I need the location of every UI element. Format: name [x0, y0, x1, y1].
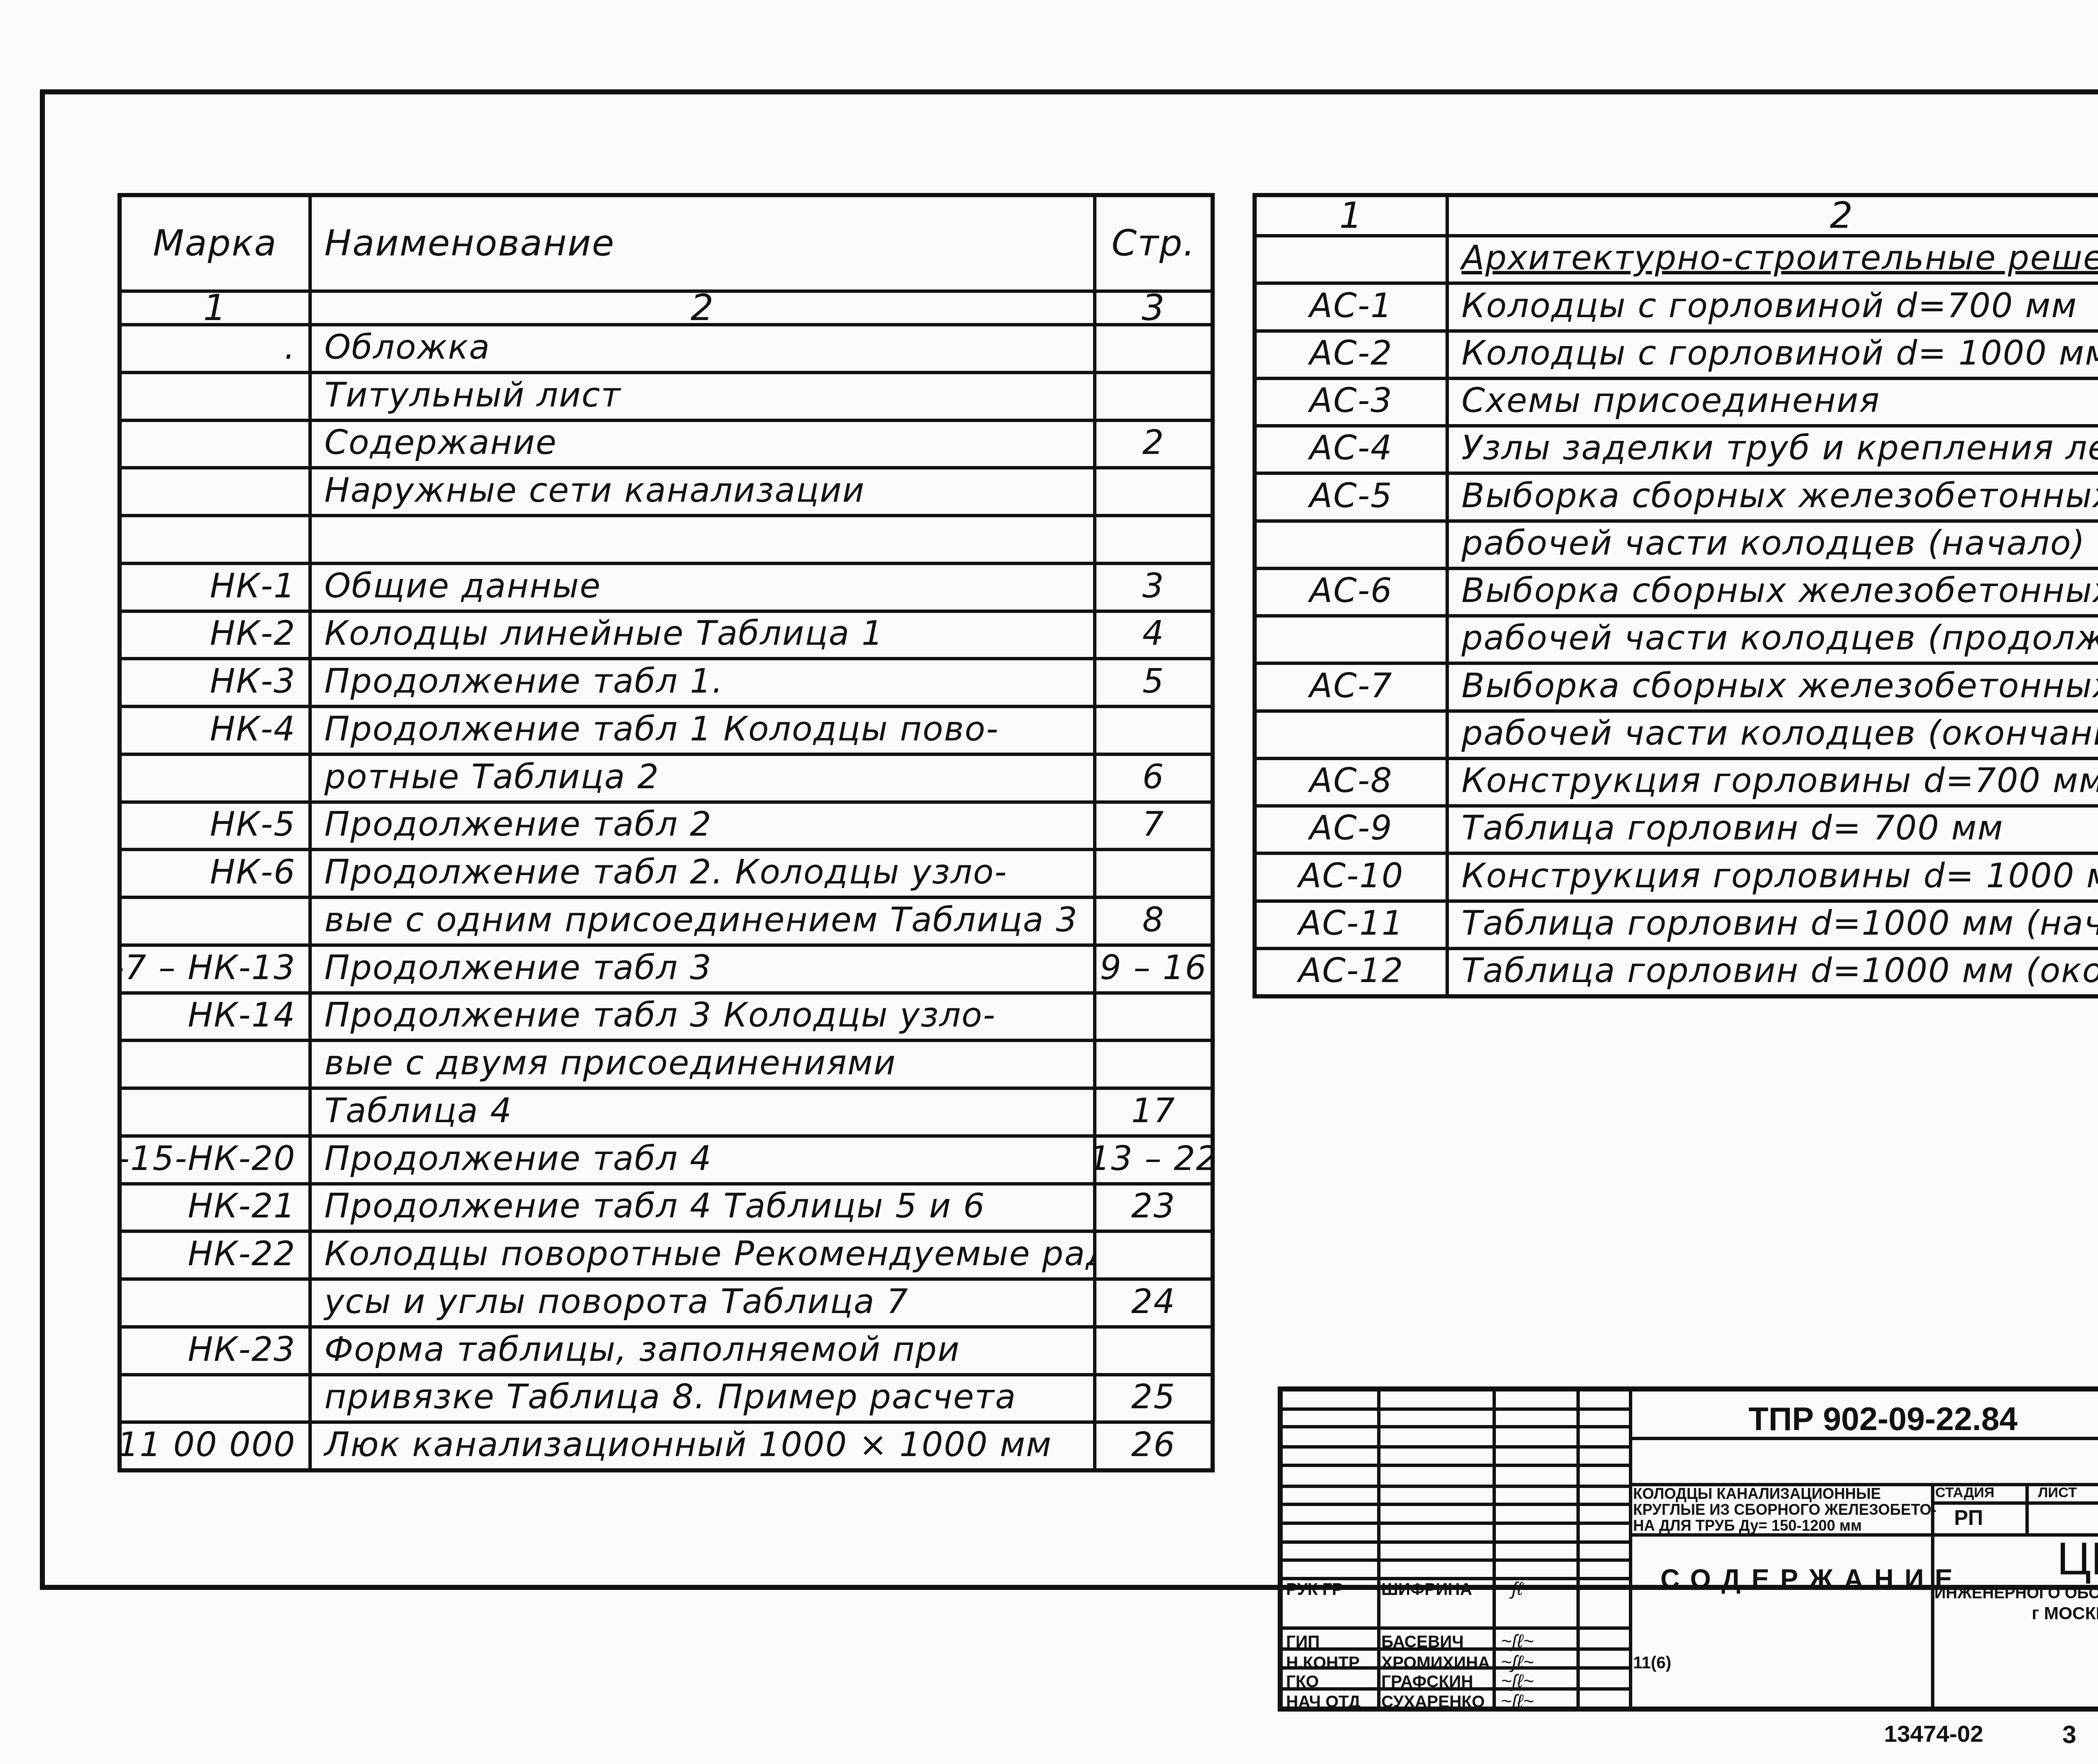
cell-name: Выборка сборных железобетонных элементов: [1449, 665, 2098, 709]
cell-mark: АС-3: [1257, 380, 1446, 424]
cell-mark: АС-11: [1257, 903, 1446, 947]
cell-mark: 3311 00 000: [122, 1424, 308, 1468]
cell-page: [1096, 851, 1211, 896]
table-row: НК-23Форма таблицы, заполняемой при: [122, 1325, 1211, 1373]
cell-mark: [122, 374, 308, 419]
organization-name: ЦНИИЭП: [2057, 1532, 2098, 1585]
sheet-label: ЛИСТ: [2038, 1485, 2077, 1501]
cell-name: рабочей части колодцев (продолжение): [1449, 618, 2098, 662]
cell-name: Продолжение табл 2. Колодцы узло-: [312, 851, 1093, 896]
cell-page: [1096, 469, 1211, 514]
table-header-row: МаркаНаименованиеСтр.: [122, 197, 1211, 289]
cell-mark: НК-6: [122, 851, 308, 896]
signature-name: СУХАРЕНКО: [1381, 1693, 1485, 1712]
table-row: НК-1Общие данные3: [122, 562, 1211, 610]
cell-mark: [1257, 237, 1446, 281]
cell-page: 13 – 22: [1096, 1138, 1211, 1182]
table-row: 3311 00 000Люк канализационный 1000 × 10…: [122, 1420, 1211, 1468]
table-row: Таблица 417: [122, 1087, 1211, 1134]
cell-mark: АС-4: [1257, 427, 1446, 472]
cell-name: Выборка сборных железобетонных элементов: [1449, 570, 2098, 614]
table-row: рабочей части колодцев (окончание)33: [1257, 709, 2098, 757]
table-row: АС-6Выборка сборных железобетонных элеме…: [1257, 567, 2098, 614]
table-row: НК-6Продолжение табл 2. Колодцы узло-: [122, 848, 1211, 896]
cell-mark: АС-2: [1257, 333, 1446, 377]
cell-mark: Марка: [122, 197, 308, 289]
contents-table-left: МаркаНаименованиеСтр.123.ОбложкаТитульны…: [117, 193, 1215, 1472]
cell-mark: НК-15-НК-20: [122, 1138, 308, 1182]
signature-role: РУК ГР: [1286, 1580, 1343, 1599]
cell-name: Конструкция горловины d=700 мм: [1449, 760, 2098, 804]
cell-mark: НК-1: [122, 565, 308, 610]
cell-mark: НК-2: [122, 613, 308, 657]
table-header-row: 123: [122, 289, 1211, 323]
cell-name: Колодцы линейные Таблица 1: [312, 613, 1093, 657]
cell-page: 7: [1096, 804, 1211, 848]
table-row: рабочей части колодцев (продолжение)32: [1257, 614, 2098, 662]
cell-mark: АС-9: [1257, 808, 1446, 852]
cell-name: Выборка сборных железобетонных элементов: [1449, 475, 2098, 519]
cell-page: 6: [1096, 756, 1211, 800]
cell-mark: АС-5: [1257, 475, 1446, 519]
stage-value: РП: [1954, 1506, 1983, 1530]
table-row: АС-4Узлы заделки труб и крепления лестни…: [1257, 424, 2098, 472]
cell-page: 5: [1096, 660, 1211, 705]
contents-table-right: 123Архитектурно-строительные решенияАС-1…: [1253, 193, 2098, 998]
cell-mark: НК-14: [122, 995, 308, 1039]
cell-name: 2: [312, 293, 1093, 323]
cell-mark: [122, 469, 308, 514]
table-row: ротные Таблица 26: [122, 753, 1211, 800]
cell-mark: [122, 756, 308, 800]
table-row: АС-12Таблица горловин d=1000 мм (окончан…: [1257, 947, 2098, 994]
table-row: рабочей части колодцев (начало)31: [1257, 519, 2098, 567]
cell-mark: [122, 517, 308, 562]
cell-name: вые с двумя присоединениями: [312, 1042, 1093, 1087]
cell-name: [312, 517, 1093, 562]
cell-name: рабочей части колодцев (окончание): [1449, 713, 2098, 757]
cell-name: Титульный лист: [312, 374, 1093, 419]
cell-mark: АС-8: [1257, 760, 1446, 804]
cell-name: вые с одним присоединением Таблица 3: [312, 899, 1093, 943]
table-row: НК-22Колодцы поворотные Рекомендуемые ра…: [122, 1230, 1211, 1277]
cell-page: Стр.: [1096, 197, 1211, 289]
table-row: АС-11Таблица горловин d=1000 мм (начало)…: [1257, 899, 2098, 947]
cell-mark: НК-3: [122, 660, 308, 705]
signature-role: НАЧ ОТД: [1286, 1693, 1360, 1712]
table-row: НК-21Продолжение табл 4 Таблицы 5 и 623: [122, 1182, 1211, 1230]
cell-name: Колодцы с горловиной d= 1000 мм: [1449, 333, 2098, 377]
organization-subtitle: ИНЖЕНЕРНОГО ОБОРУДОВАНИЯ: [1934, 1584, 2098, 1602]
cell-name: рабочей части колодцев (начало): [1449, 523, 2098, 567]
table-row: НК-15-НК-20Продолжение табл 413 – 22: [122, 1134, 1211, 1182]
cell-name: Люк канализационный 1000 × 1000 мм: [312, 1424, 1093, 1468]
table-row: НК-4Продолжение табл 1 Колодцы пово-: [122, 705, 1211, 753]
signature-mark-icon: ~ʃℓ~: [1501, 1652, 1534, 1673]
cell-page: 4: [1096, 613, 1211, 657]
cell-name: Наименование: [312, 197, 1093, 289]
cell-name: привязке Таблица 8. Пример расчета: [312, 1376, 1093, 1421]
cell-name: Колодцы поворотные Рекомендуемые ради-: [312, 1233, 1093, 1277]
cell-mark: НК-22: [122, 1233, 308, 1277]
cell-page: 9 – 16: [1096, 947, 1211, 991]
table-row: усы и углы поворота Таблица 724: [122, 1277, 1211, 1325]
cell-mark: [122, 1281, 308, 1325]
cell-mark: НК-7 – НК-13: [122, 947, 308, 991]
cell-page: [1096, 1329, 1211, 1373]
cell-page: 25: [1096, 1376, 1211, 1421]
cell-page: 26: [1096, 1424, 1211, 1468]
table-row: НК-5Продолжение табл 27: [122, 800, 1211, 848]
cell-name: Наружные сети канализации: [312, 469, 1093, 514]
cell-page: 8: [1096, 899, 1211, 943]
cell-name: Продолжение табл 1.: [312, 660, 1093, 705]
signature-mark-icon: ~ʃℓ~: [1501, 1691, 1534, 1712]
archive-number: 13474-02: [1884, 1720, 1983, 1747]
signature-name: ШИФРИНА: [1381, 1580, 1472, 1599]
table-row: АС-5Выборка сборных железобетонных элеме…: [1257, 472, 2098, 519]
cell-mark: НК-5: [122, 804, 308, 848]
cell-page: [1096, 517, 1211, 562]
cell-name: Узлы заделки труб и крепления лестниц: [1449, 427, 2098, 472]
grid-line: [1283, 1687, 1629, 1691]
cell-name: Таблица горловин d= 700 мм: [1449, 808, 2098, 852]
cell-mark: НК-21: [122, 1186, 308, 1230]
table-row: НК-7 – НК-13Продолжение табл 39 – 16: [122, 943, 1211, 991]
cell-mark: [122, 899, 308, 943]
signature-date: 11(6): [1633, 1654, 1671, 1673]
organization-city: г МОСКВА: [2032, 1603, 2098, 1623]
cell-name: Продолжение табл 3: [312, 947, 1093, 991]
signature-name: ХРОМИХИНА: [1381, 1654, 1490, 1673]
cell-mark: 1: [1257, 197, 1446, 234]
cell-name: Продолжение табл 4: [312, 1138, 1093, 1182]
cell-mark: [122, 422, 308, 466]
table-row: привязке Таблица 8. Пример расчета25: [122, 1373, 1211, 1421]
signature-mark-icon: ~ʃℓ~: [1501, 1579, 1534, 1600]
cell-name: Архитектурно-строительные решения: [1449, 237, 2098, 281]
cell-page: [1096, 1042, 1211, 1087]
cell-mark: АС-10: [1257, 855, 1446, 899]
cell-mark: 1: [122, 293, 308, 323]
signature-role: Н.КОНТР: [1286, 1654, 1360, 1673]
cell-page: 2: [1096, 422, 1211, 466]
cell-page: [1096, 326, 1211, 371]
cell-mark: НК-4: [122, 708, 308, 753]
cell-mark: [122, 1376, 308, 1421]
table-row: вые с двумя присоединениями: [122, 1039, 1211, 1087]
cell-name: Продолжение табл 2: [312, 804, 1093, 848]
table-row: Титульный лист: [122, 371, 1211, 419]
table-row: Наружные сети канализации: [122, 466, 1211, 514]
cell-name: Таблица 4: [312, 1090, 1093, 1134]
cell-mark: АС-12: [1257, 950, 1446, 994]
cell-page: [1096, 995, 1211, 1039]
table-row: НК-3Продолжение табл 1.5: [122, 657, 1211, 705]
stage-label: СТАДИЯ: [1935, 1485, 1994, 1501]
drawing-title: КОЛОДЦЫ КАНАЛИЗАЦИОННЫЕ КРУГЛЫЕ ИЗ СБОРН…: [1633, 1486, 1936, 1534]
cell-name: Таблица горловин d=1000 мм (начало): [1449, 903, 2098, 947]
cell-mark: .: [122, 326, 308, 371]
cell-name: Содержание: [312, 422, 1093, 466]
cell-page: 3: [1096, 293, 1211, 323]
table-row: .Обложка: [122, 323, 1211, 371]
cell-page: 3: [1096, 565, 1211, 610]
grid-line: [1283, 1647, 1629, 1651]
table-row: АС-3Схемы присоединения29: [1257, 377, 2098, 424]
cell-name: Схемы присоединения: [1449, 380, 2098, 424]
cell-name: Обложка: [312, 326, 1093, 371]
cell-name: Общие данные: [312, 565, 1093, 610]
cell-page: 17: [1096, 1090, 1211, 1134]
cell-mark: [1257, 618, 1446, 662]
table-row: НК-2Колодцы линейные Таблица 14: [122, 610, 1211, 657]
cell-mark: НК-23: [122, 1329, 308, 1373]
cell-name: 2: [1449, 197, 2098, 234]
document-code: ТПР 902-09-22.84: [1748, 1400, 2017, 1438]
sheet-title: СОДЕРЖАНИЕ: [1660, 1563, 1964, 1595]
cell-name: Продолжение табл 1 Колодцы пово-: [312, 708, 1093, 753]
table-header-row: 123: [1257, 197, 2098, 234]
table-row: Содержание2: [122, 419, 1211, 466]
cell-mark: [1257, 713, 1446, 757]
cell-name: Продолжение табл 4 Таблицы 5 и 6: [312, 1186, 1093, 1230]
title-block: ТПР 902-09-22.84 КОЛОДЦЫ КАНАЛИЗАЦИОННЫЕ…: [1278, 1386, 2098, 1712]
cell-page: [1096, 708, 1211, 753]
footer-page-number: 3: [2062, 1720, 2076, 1749]
table-row: вые с одним присоединением Таблица 38: [122, 896, 1211, 943]
table-row: [122, 514, 1211, 562]
table-row: Архитектурно-строительные решения: [1257, 234, 2098, 281]
cell-mark: АС-7: [1257, 665, 1446, 709]
cell-name: Конструкция горловины d= 1000 мм: [1449, 855, 2098, 899]
table-row: АС-1Колодцы с горловиной d=700 мм27: [1257, 281, 2098, 329]
cell-page: 24: [1096, 1281, 1211, 1325]
table-row: НК-14Продолжение табл 3 Колодцы узло-: [122, 991, 1211, 1039]
grid-line: [1283, 1626, 1629, 1630]
cell-mark: [122, 1090, 308, 1134]
cell-name: Продолжение табл 3 Колодцы узло-: [312, 995, 1093, 1039]
cell-page: [1096, 374, 1211, 419]
cell-mark: [122, 1042, 308, 1087]
cell-name: Колодцы с горловиной d=700 мм: [1449, 285, 2098, 329]
table-row: АС-7Выборка сборных железобетонных элеме…: [1257, 662, 2098, 709]
cell-name: ротные Таблица 2: [312, 756, 1093, 800]
table-row: АС-8Конструкция горловины d=700 мм34: [1257, 757, 2098, 804]
cell-name: Форма таблицы, заполняемой при: [312, 1329, 1093, 1373]
cell-mark: [1257, 523, 1446, 567]
cell-name: усы и углы поворота Таблица 7: [312, 1281, 1093, 1325]
cell-mark: АС-1: [1257, 285, 1446, 329]
cell-page: 23: [1096, 1186, 1211, 1230]
cell-page: [1096, 1233, 1211, 1277]
cell-mark: АС-6: [1257, 570, 1446, 614]
table-row: АС-2Колодцы с горловиной d= 1000 мм28: [1257, 329, 2098, 377]
table-row: АС-9Таблица горловин d= 700 мм35: [1257, 804, 2098, 852]
table-row: АС-10Конструкция горловины d= 1000 мм36: [1257, 852, 2098, 899]
grid-line: [1283, 1666, 1629, 1670]
cell-name: Таблица горловин d=1000 мм (окончание): [1449, 950, 2098, 994]
